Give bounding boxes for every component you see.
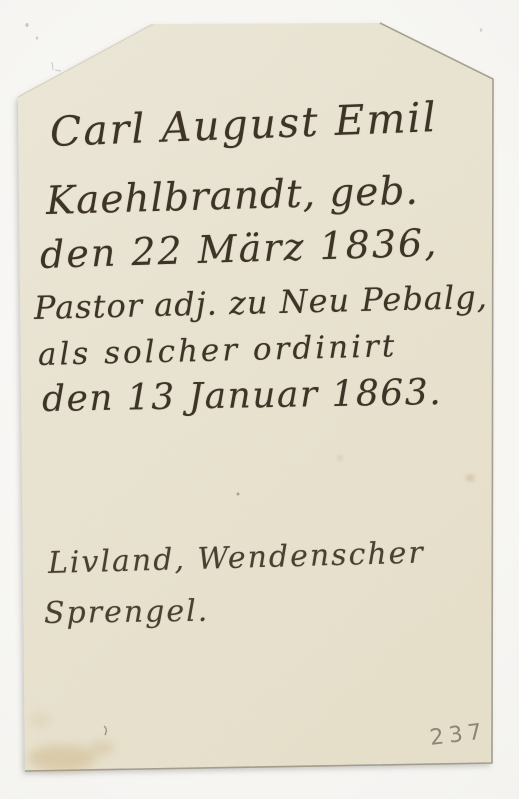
scan-background: Carl August Emil Kaehlbrandt, geb. den 2…: [0, 0, 519, 799]
inscription-line-ordination-date: den 13 Januar 1863.: [42, 375, 443, 418]
catalog-number-pencil: 237: [428, 719, 488, 751]
inscription-line-ordination-1: als solcher ordinirt: [38, 331, 398, 371]
handwriting-layer: Carl August Emil Kaehlbrandt, geb. den 2…: [0, 0, 519, 799]
region-note-line-1: Livland, Wendenscher: [48, 538, 426, 579]
inscription-line-name-1: Carl August Emil: [49, 97, 438, 153]
inscription-line-office: Pastor adj. zu Neu Pebalg,: [34, 281, 489, 324]
inscription-line-birthdate: den 22 März 1836,: [39, 223, 438, 273]
region-note-line-2: Sprengel.: [44, 597, 210, 629]
inscription-line-name-2: Kaehlbrandt, geb.: [45, 172, 419, 221]
